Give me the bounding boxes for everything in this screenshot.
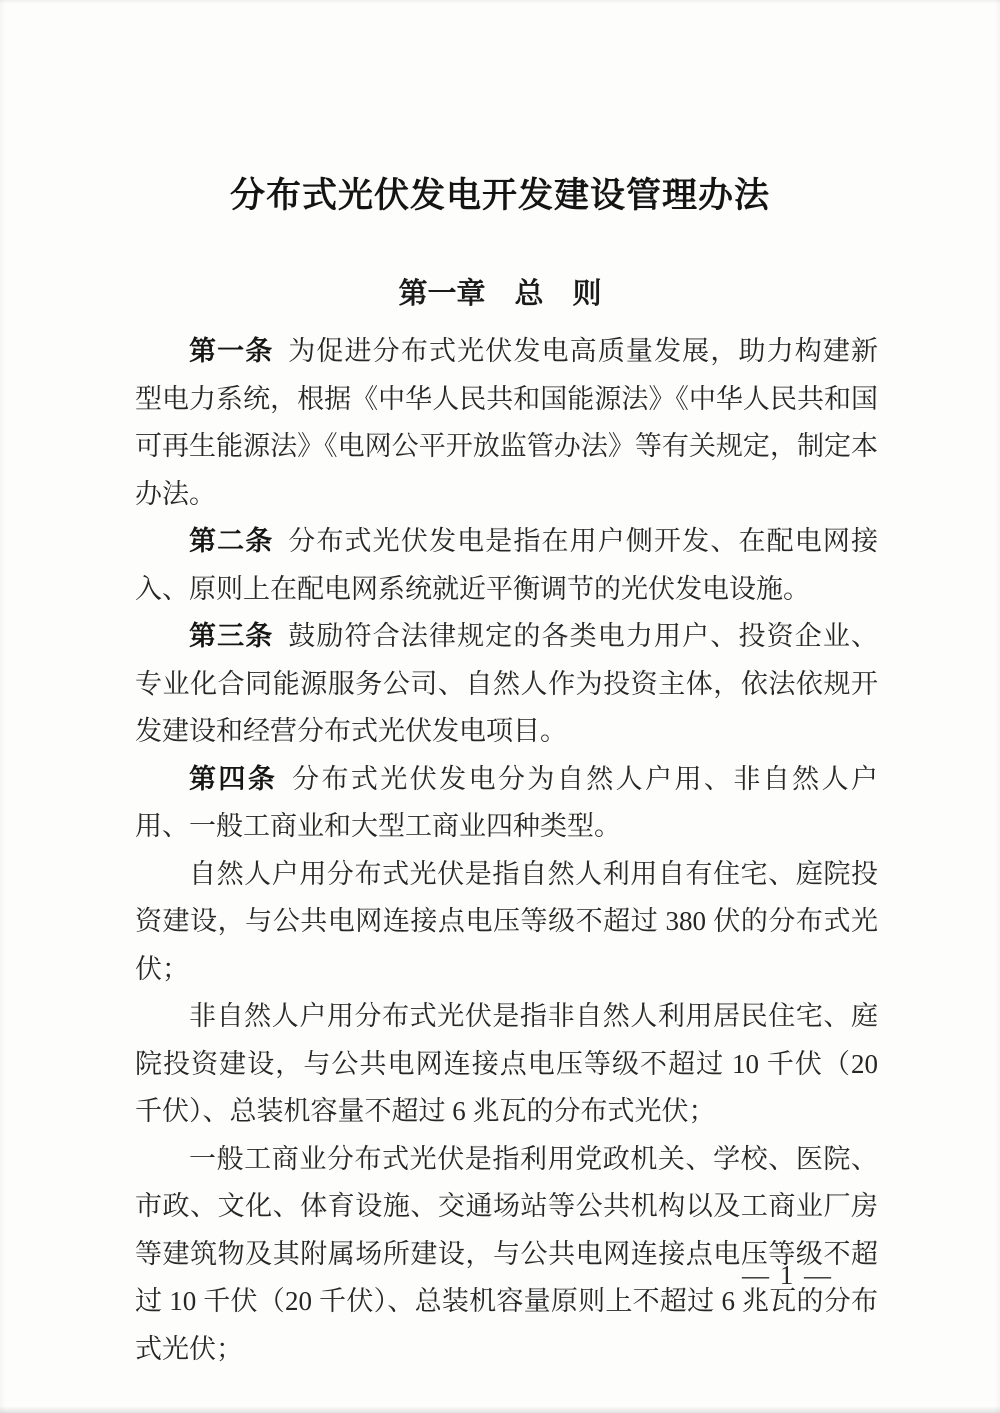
article-1-number: 第一条 [189, 336, 273, 366]
paragraph-definition-non-natural-person: 非自然人户用分布式光伏是指非自然人利用居民住宅、庭院投资建设，与公共电网连接点电… [135, 993, 878, 1136]
paragraph-article-4: 第四条分布式光伏发电分为自然人户用、非自然人户用、一般工商业和大型工商业四种类型… [135, 756, 878, 851]
paragraph-6-text: 非自然人户用分布式光伏是指非自然人利用居民住宅、庭院投资建设，与公共电网连接点电… [135, 1001, 878, 1126]
paragraph-definition-general-commercial: 一般工商业分布式光伏是指利用党政机关、学校、医院、市政、文化、体育设施、交通场站… [135, 1136, 878, 1374]
chapter-heading: 第一章 总 则 [0, 276, 1000, 312]
paragraph-article-3: 第三条鼓励符合法律规定的各类电力用户、投资企业、专业化合同能源服务公司、自然人作… [135, 613, 878, 756]
article-4-number: 第四条 [189, 764, 277, 794]
document-page: 分布式光伏发电开发建设管理办法 第一章 总 则 第一条为促进分布式光伏发电高质量… [0, 0, 1000, 1413]
document-title: 分布式光伏发电开发建设管理办法 [0, 0, 1000, 218]
paragraph-7-text: 一般工商业分布式光伏是指利用党政机关、学校、医院、市政、文化、体育设施、交通场站… [135, 1144, 878, 1364]
page-number: — 1 — [742, 1258, 833, 1292]
article-3-number: 第三条 [189, 621, 273, 651]
article-2-number: 第二条 [189, 526, 273, 556]
document-body: 第一条为促进分布式光伏发电高质量发展，助力构建新型电力系统，根据《中华人民共和国… [135, 328, 878, 1373]
paragraph-definition-natural-person: 自然人户用分布式光伏是指自然人利用自有住宅、庭院投资建设，与公共电网连接点电压等… [135, 851, 878, 994]
paragraph-article-1: 第一条为促进分布式光伏发电高质量发展，助力构建新型电力系统，根据《中华人民共和国… [135, 328, 878, 518]
paragraph-5-text: 自然人户用分布式光伏是指自然人利用自有住宅、庭院投资建设，与公共电网连接点电压等… [135, 859, 878, 984]
paragraph-article-2: 第二条分布式光伏发电是指在用户侧开发、在配电网接入、原则上在配电网系统就近平衡调… [135, 518, 878, 613]
